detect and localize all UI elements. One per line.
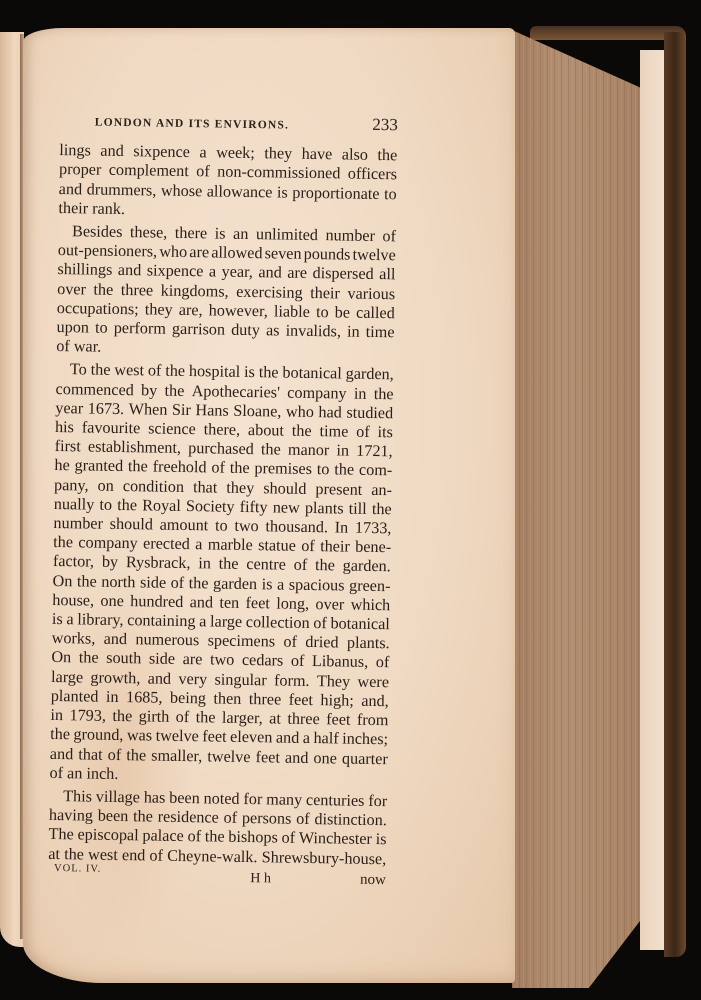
volume-marker: VOL. IV. — [54, 859, 101, 879]
page-block-fore-edge — [512, 30, 640, 988]
paragraph: Besidesthese,thereisanunlimitednumberof … — [56, 222, 396, 362]
running-head: LONDON AND ITS ENVIRONS. — [95, 114, 290, 136]
book-cover-edge — [664, 32, 686, 957]
paragraph: Tothewestofthehospitalisthebotanicalgard… — [49, 360, 394, 788]
end-paper — [640, 50, 666, 950]
page-number: 233 — [372, 115, 398, 135]
page-header: LONDON AND ITS ENVIRONS. 233 — [95, 111, 398, 138]
paragraph: lingsandsixpenceaweek;theyhavealsothe pr… — [58, 141, 397, 223]
book-cover-top — [530, 26, 686, 40]
paragraph: Thisvillagehasbeennotedformanycenturiesf… — [48, 787, 387, 869]
page-text: LONDON AND ITS ENVIRONS. 233 lingsandsix… — [48, 110, 398, 891]
catchword: now — [360, 871, 386, 891]
signature-mark: H h — [250, 869, 271, 889]
